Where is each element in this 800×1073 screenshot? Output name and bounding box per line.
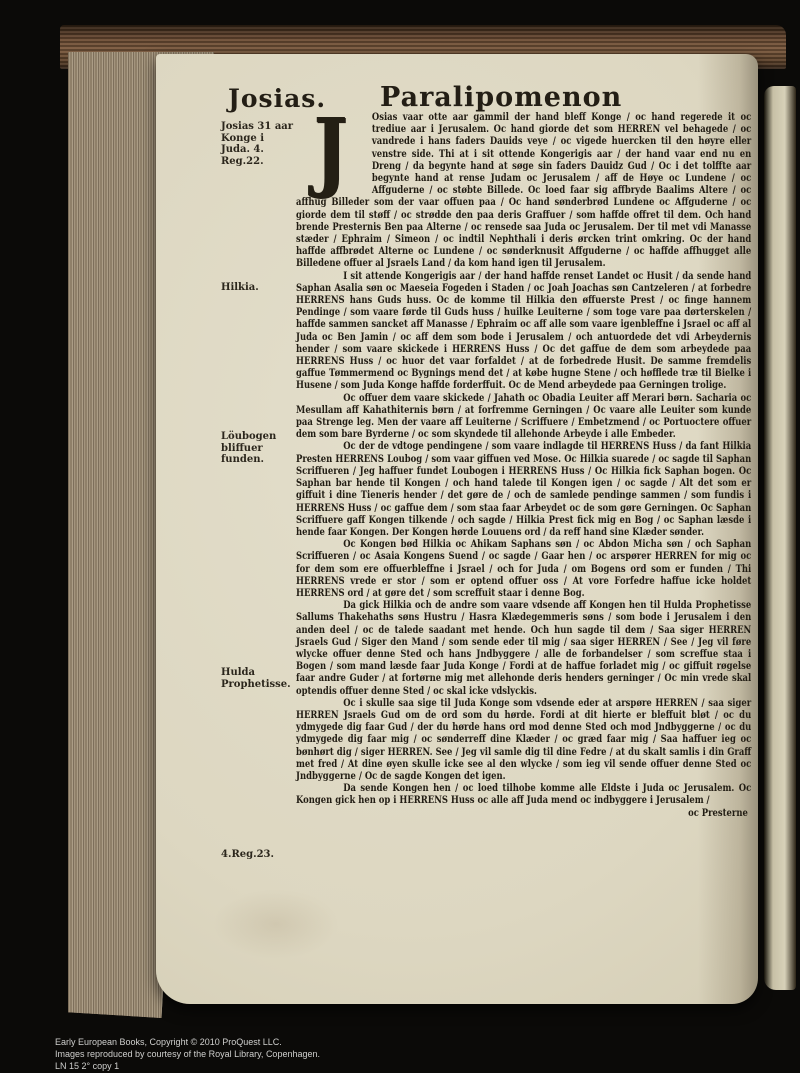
caption-line-3: LN 15 2° copy 1: [55, 1060, 320, 1072]
paragraph: Da sende Kongen hen / oc loed tilhobe ko…: [296, 783, 751, 807]
running-head-left: Josias.: [228, 84, 326, 113]
margin-note-hulda: Hulda Prophetisse.: [221, 667, 295, 690]
paragraph: Oc Kongen bød Hilkia oc Ahikam Saphans s…: [296, 539, 751, 600]
caption-line-1: Early European Books, Copyright © 2010 P…: [55, 1036, 320, 1048]
margin-note-loubogen: Löubogen bliffuer funden.: [221, 431, 295, 466]
margin-note-josias: Josias 31 aar Konge i Juda. 4. Reg.22.: [221, 121, 295, 167]
caption-line-2: Images reproduced by courtesy of the Roy…: [55, 1048, 320, 1060]
paragraph: Oc der de vdtoge pendingene / som vaare …: [296, 441, 751, 539]
book-photo: Josias. Paralipomenon Josias 31 aar Kong…: [0, 0, 800, 1073]
paragraph: JOsias vaar otte aar gammil der hand ble…: [296, 112, 751, 271]
catchword: oc Presterne: [296, 808, 751, 820]
paragraph: Oc offuer dem vaare skickede / Jahath oc…: [296, 393, 751, 442]
facing-page-sliver: [764, 86, 796, 990]
paragraph: Oc i skulle saa sige til Juda Konge som …: [296, 698, 751, 783]
margin-note-4reg23: 4.Reg.23.: [221, 849, 295, 861]
margin-note-hilkia: Hilkia.: [221, 282, 295, 294]
provenance-caption: Early European Books, Copyright © 2010 P…: [55, 1036, 320, 1072]
drop-cap-initial: J: [294, 114, 366, 194]
paragraph: Da gick Hilkia och de andre som vaare vd…: [296, 600, 751, 698]
paragraph: I sit attende Kongerigis aar / der hand …: [296, 271, 751, 393]
main-text-block: JOsias vaar otte aar gammil der hand ble…: [296, 112, 751, 820]
running-head-center: Paralipomenon: [380, 82, 622, 113]
